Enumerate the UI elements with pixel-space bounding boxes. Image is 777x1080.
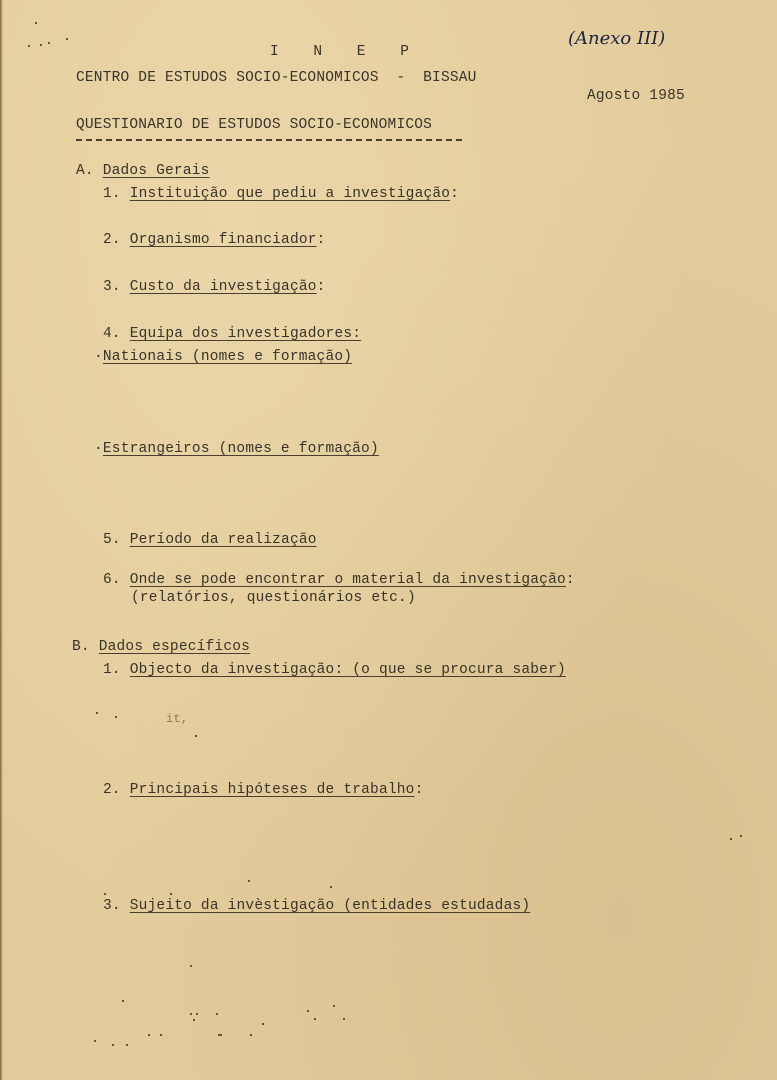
paper-edge — [0, 0, 3, 1080]
question-number: 2. — [103, 232, 121, 248]
speck — [248, 880, 250, 882]
speck — [730, 838, 732, 840]
question-number: 6. — [103, 572, 121, 588]
speck — [96, 712, 98, 714]
question-number: 1. — [103, 662, 121, 678]
sub-question-label: Nationais (nomes e formação) — [103, 349, 352, 365]
document-page: I N E P CENTRO DE ESTUDOS SOCIO-ECONOMIC… — [0, 0, 777, 1080]
question-a6-note: (relatórios, questionários etc.) — [131, 590, 416, 606]
speck — [216, 1013, 218, 1015]
question-suffix: : — [317, 232, 326, 248]
question-label: Objecto da investigação: (o que se procu… — [130, 662, 566, 678]
question-label: Onde se pode encontrar o material da inv… — [130, 572, 566, 588]
centre-name: CENTRO DE ESTUDOS SOCIO-ECONOMICOS - BIS… — [76, 70, 477, 86]
question-label: Instituição que pediu a investigação — [130, 186, 450, 202]
section-a-marker: A. — [76, 163, 94, 179]
title-underline — [76, 139, 462, 141]
section-b-marker: B. — [72, 639, 90, 655]
question-b1: 1. Objecto da investigação: (o que se pr… — [103, 662, 566, 678]
speck — [35, 22, 37, 24]
speck — [104, 893, 106, 895]
faint-typed-marks: it, — [166, 712, 188, 726]
sub-question-label: Estrangeiros (nomes e formação) — [103, 441, 379, 457]
question-a1: 1. Instituição que pediu a investigação: — [103, 186, 459, 202]
speck — [307, 1010, 309, 1012]
speck — [66, 38, 68, 40]
speck — [148, 1034, 150, 1036]
question-suffix: : — [415, 782, 424, 798]
speck — [126, 1044, 128, 1046]
question-label: Principais hipóteses de trabalho — [130, 782, 415, 798]
speck — [333, 1005, 335, 1007]
question-a2: 2. Organismo financiador: — [103, 232, 326, 248]
speck — [190, 965, 192, 967]
question-label: Custo da investigação — [130, 279, 317, 295]
section-b-heading: B. Dados específicos — [72, 639, 250, 655]
question-suffix: : — [450, 186, 459, 202]
speck — [250, 1034, 252, 1036]
speck — [115, 716, 117, 718]
org-name: I N E P — [270, 44, 422, 60]
sub-question-foreigners: ·Estrangeiros (nomes e formação) — [94, 441, 379, 457]
question-number: 1. — [103, 186, 121, 202]
question-label: Organismo financiador — [130, 232, 317, 248]
speck — [740, 835, 742, 837]
speck — [112, 1044, 114, 1046]
speck — [262, 1023, 264, 1025]
speck — [195, 735, 197, 737]
question-number: 3. — [103, 898, 121, 914]
question-a6: 6. Onde se pode encontrar o material da … — [103, 572, 575, 588]
section-a-heading: A. Dados Gerais — [76, 163, 210, 179]
question-number: 3. — [103, 279, 121, 295]
speck — [28, 45, 30, 47]
document-date: Agosto 1985 — [587, 88, 685, 104]
question-a3: 3. Custo da investigação: — [103, 279, 326, 295]
question-label: Período da realização — [130, 532, 317, 548]
question-label: Equipa dos investigadores: — [130, 326, 361, 342]
speck — [314, 1018, 316, 1020]
speck — [220, 1034, 222, 1036]
speck — [160, 1034, 162, 1036]
speck — [330, 886, 332, 888]
handwritten-annotation: (Anexo III) — [568, 28, 665, 49]
section-b-title: Dados específicos — [99, 639, 250, 655]
question-b2: 2. Principais hipóteses de trabalho: — [103, 782, 423, 798]
question-a5: 5. Período da realização — [103, 532, 317, 548]
question-suffix: : — [317, 279, 326, 295]
question-suffix: : — [566, 572, 575, 588]
speck — [193, 1019, 195, 1021]
speck — [170, 893, 172, 895]
speck — [122, 1000, 124, 1002]
speck — [196, 1013, 198, 1015]
speck — [343, 1018, 345, 1020]
question-label: Sujeito da invèstigação (entidades estud… — [130, 898, 531, 914]
sub-question-nationals: ·Nationais (nomes e formação) — [94, 349, 352, 365]
form-title: QUESTIONARIO DE ESTUDOS SOCIO-ECONOMICOS — [76, 117, 432, 133]
speck — [48, 42, 50, 44]
section-a-title: Dados Gerais — [103, 163, 210, 179]
speck — [190, 1013, 192, 1015]
question-number: 2. — [103, 782, 121, 798]
question-b3: 3. Sujeito da invèstigação (entidades es… — [103, 898, 530, 914]
speck — [40, 44, 42, 46]
speck — [94, 1040, 96, 1042]
question-number: 5. — [103, 532, 121, 548]
question-number: 4. — [103, 326, 121, 342]
question-a4: 4. Equipa dos investigadores: — [103, 326, 361, 342]
